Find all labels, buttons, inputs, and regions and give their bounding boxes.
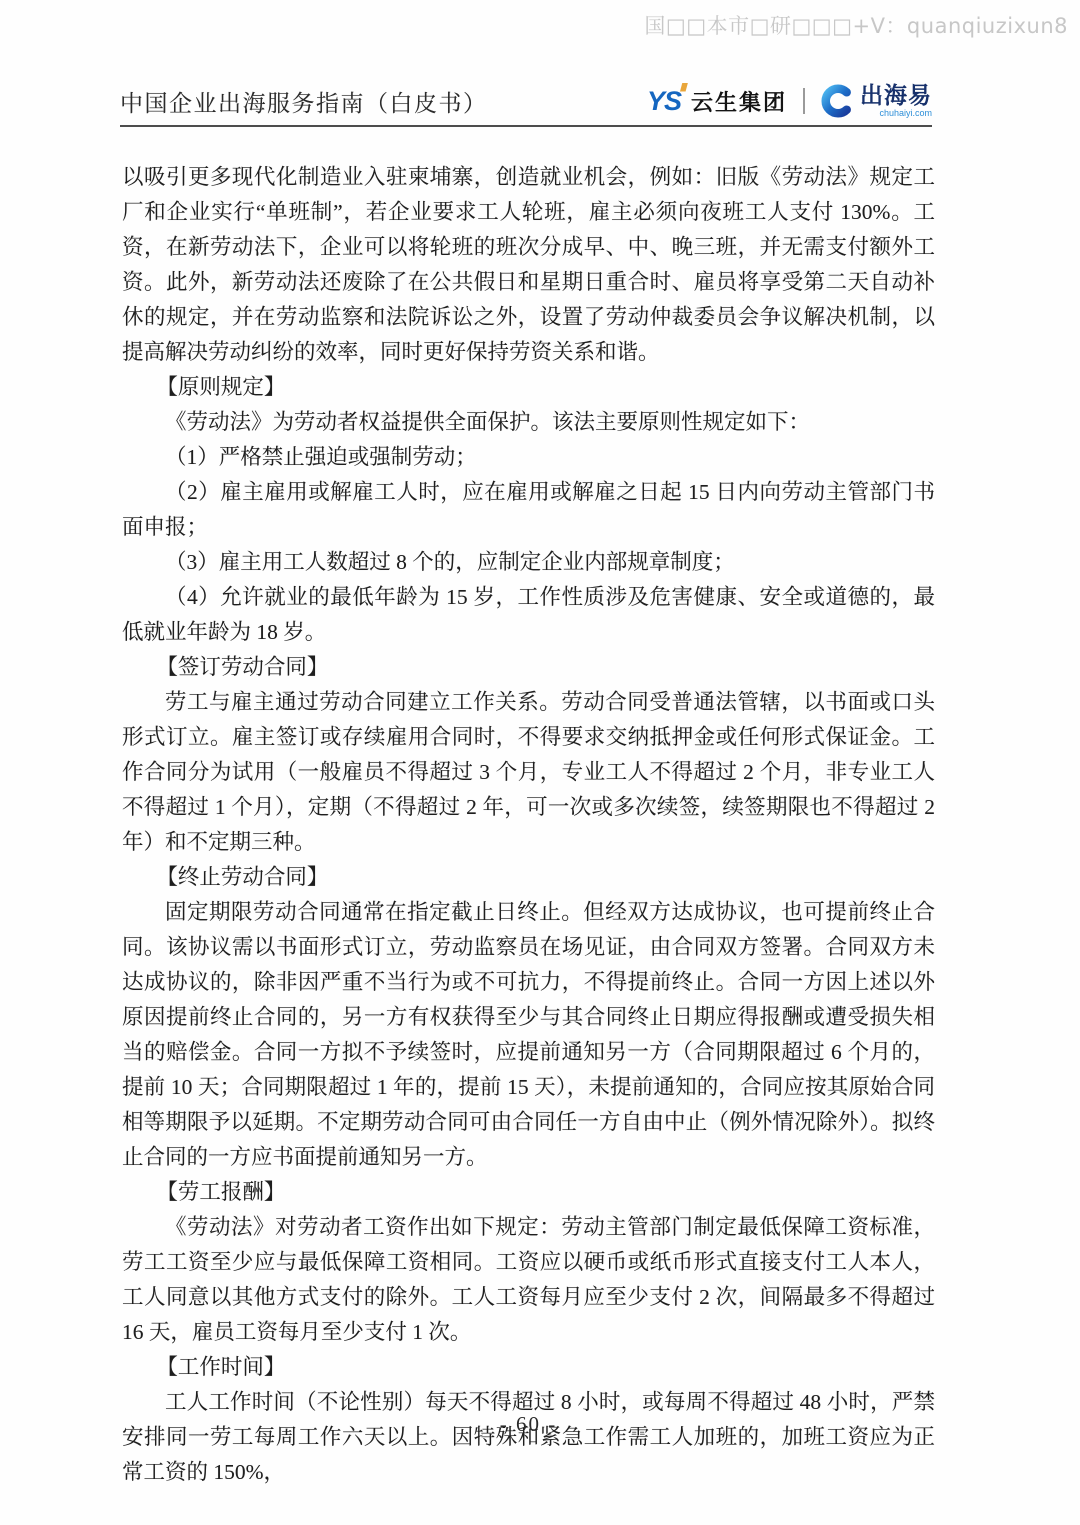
list-item: （1）严格禁止强迫或强制劳动； (122, 440, 935, 475)
chuhaiyi-c-icon (821, 84, 855, 118)
section-heading: 【工作时间】 (122, 1350, 935, 1385)
list-item: （4）允许就业的最低年龄为 15 岁，工作性质涉及危害健康、安全或道德的，最低就… (122, 580, 935, 650)
list-item: （2）雇主雇用或解雇工人时，应在雇用或解雇之日起 15 日内向劳动主管部门书面申… (122, 475, 935, 545)
ys-logo-letters: YS (647, 86, 681, 116)
chuhaiyi-logo: 出海易 chuhaiyi.com (821, 84, 932, 118)
paragraph: 《劳动法》为劳动者权益提供全面保护。该法主要原则性规定如下： (122, 405, 935, 440)
page-number: - 60 - (500, 1412, 558, 1436)
paragraph: 劳工与雇主通过劳动合同建立工作关系。劳动合同受普通法管辖，以书面或口头形式订立。… (122, 685, 935, 860)
watermark-text: 国□□本市□研□□□+V：quanqiuzixun8 (644, 10, 1068, 40)
paragraph: 工人工作时间（不论性别）每天不得超过 8 小时，或每周不得超过 48 小时，严禁… (122, 1385, 935, 1490)
page-footer: - 60 - (122, 1412, 935, 1437)
chuhaiyi-logo-domain: chuhaiyi.com (879, 109, 932, 118)
paragraph: 固定期限劳动合同通常在指定截止日终止。但经双方达成协议，也可提前终止合同。该协议… (122, 895, 935, 1175)
chuhaiyi-logo-name: 出海易 (860, 84, 932, 107)
paragraph: 《劳动法》对劳动者工资作出如下规定：劳动主管部门制定最低保障工资标准，劳工工资至… (122, 1210, 935, 1350)
header-logos: YS 云生集团 出海易 chuhaiyi (647, 84, 932, 118)
chuhaiyi-logo-text: 出海易 chuhaiyi.com (860, 84, 932, 118)
yunsheng-logo-text: 云生集团 (691, 86, 787, 117)
section-heading: 【原则规定】 (122, 370, 935, 405)
yunsheng-logo: YS 云生集团 (647, 86, 787, 117)
section-heading: 【签订劳动合同】 (122, 650, 935, 685)
list-item: （3）雇主用工人数超过 8 个的，应制定企业内部规章制度； (122, 545, 935, 580)
logo-divider (803, 88, 805, 114)
document-body: 以吸引更多现代化制造业入驻柬埔寨，创造就业机会，例如：旧版《劳动法》规定工厂和企… (122, 160, 935, 1490)
section-heading: 【劳工报酬】 (122, 1175, 935, 1210)
document-page: 国□□本市□研□□□+V：quanqiuzixun8 中国企业出海服务指南（白皮… (0, 0, 1080, 1525)
paragraph: 以吸引更多现代化制造业入驻柬埔寨，创造就业机会，例如：旧版《劳动法》规定工厂和企… (122, 160, 935, 370)
section-heading: 【终止劳动合同】 (122, 860, 935, 895)
ys-tick-icon (680, 83, 688, 92)
ys-logo-icon: YS (647, 88, 687, 115)
page-title: 中国企业出海服务指南（白皮书） (120, 85, 488, 118)
page-header: 中国企业出海服务指南（白皮书） YS 云生集团 (120, 84, 932, 127)
